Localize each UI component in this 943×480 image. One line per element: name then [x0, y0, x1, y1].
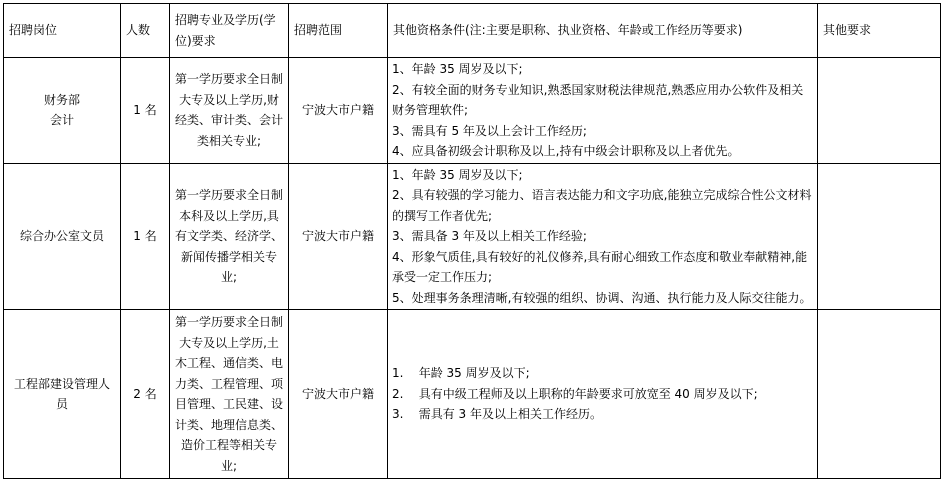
cell-scope: 宁波大市户籍 — [289, 58, 388, 164]
cell-major-education: 第一学历要求全日制大专及以上学历,财经类、审计类、会计类相关专业; — [170, 58, 289, 164]
cell-other-qualifications: 1、年龄 35 周岁及以下; 2、有较全面的财务专业知识,熟悉国家财税法律规范,… — [388, 58, 818, 164]
table-row-finance-accountant: 财务部 会计 1 名 第一学历要求全日制大专及以上学历,财经类、审计类、会计类相… — [4, 58, 941, 164]
condition-item: 2、有较全面的财务专业知识,熟悉国家财税法律规范,熟悉应用办公软件及相关财务管理… — [392, 80, 814, 121]
cell-other-requirements — [818, 58, 941, 164]
cell-position: 综合办公室文员 — [4, 163, 121, 310]
col-header-other-requirements: 其他要求 — [818, 4, 941, 58]
table-row-construction-management: 工程部建设管理人员 2 名 第一学历要求全日制大专及以上学历,土木工程、通信类、… — [4, 310, 941, 479]
condition-item: 4、应具备初级会计职称及以上,持有中级会计职称及以上者优先。 — [392, 141, 814, 162]
condition-item: 5、处理事务条理清晰,有较强的组织、协调、沟通、执行能力及人际交往能力。 — [392, 288, 814, 309]
col-header-scope: 招聘范围 — [289, 4, 388, 58]
cell-headcount: 1 名 — [121, 163, 170, 310]
cell-headcount: 1 名 — [121, 58, 170, 164]
condition-item: 3. 需具有 3 年及以上相关工作经历。 — [392, 404, 814, 425]
position-line: 会计 — [9, 110, 115, 131]
condition-item: 1、年龄 35 周岁及以下; — [392, 59, 814, 80]
cell-scope: 宁波大市户籍 — [289, 163, 388, 310]
condition-item: 1. 年龄 35 周岁及以下; — [392, 363, 814, 384]
condition-item: 3、需具有 5 年及以上会计工作经历; — [392, 121, 814, 142]
condition-item: 4、形象气质佳,具有较好的礼仪修养,具有耐心细致工作态度和敬业奉献精神,能承受一… — [392, 247, 814, 288]
cell-scope: 宁波大市户籍 — [289, 310, 388, 479]
position-line: 综合办公室文员 — [9, 226, 115, 247]
cell-other-qualifications: 1. 年龄 35 周岁及以下; 2. 具有中级工程师及以上职称的年龄要求可放宽至… — [388, 310, 818, 479]
table-header-row: 招聘岗位 人数 招聘专业及学历(学位)要求 招聘范围 其他资格条件(注:主要是职… — [4, 4, 941, 58]
table-row-office-clerk: 综合办公室文员 1 名 第一学历要求全日制本科及以上学历,具有文学类、经济学、新… — [4, 163, 941, 310]
cell-other-requirements — [818, 310, 941, 479]
cell-other-requirements — [818, 163, 941, 310]
document-page: 招聘岗位 人数 招聘专业及学历(学位)要求 招聘范围 其他资格条件(注:主要是职… — [3, 3, 940, 477]
position-line: 工程部建设管理人员 — [9, 374, 115, 415]
cell-headcount: 2 名 — [121, 310, 170, 479]
condition-item: 3、需具备 3 年及以上相关工作经验; — [392, 226, 814, 247]
cell-position: 工程部建设管理人员 — [4, 310, 121, 479]
position-line: 财务部 — [9, 90, 115, 111]
condition-item: 2. 具有中级工程师及以上职称的年龄要求可放宽至 40 周岁及以下; — [392, 384, 814, 405]
col-header-major-education: 招聘专业及学历(学位)要求 — [170, 4, 289, 58]
cell-major-education: 第一学历要求全日制大专及以上学历,土木工程、通信类、电力类、工程管理、项目管理、… — [170, 310, 289, 479]
recruitment-positions-table: 招聘岗位 人数 招聘专业及学历(学位)要求 招聘范围 其他资格条件(注:主要是职… — [3, 3, 941, 479]
col-header-other-qualifications: 其他资格条件(注:主要是职称、执业资格、年龄或工作经历等要求) — [388, 4, 818, 58]
cell-position: 财务部 会计 — [4, 58, 121, 164]
cell-other-qualifications: 1、年龄 35 周岁及以下; 2、具有较强的学习能力、语言表达能力和文字功底,能… — [388, 163, 818, 310]
cell-major-education: 第一学历要求全日制本科及以上学历,具有文学类、经济学、新闻传播学相关专业; — [170, 163, 289, 310]
col-header-headcount: 人数 — [121, 4, 170, 58]
col-header-position: 招聘岗位 — [4, 4, 121, 58]
condition-item: 1、年龄 35 周岁及以下; — [392, 165, 814, 186]
condition-item: 2、具有较强的学习能力、语言表达能力和文字功底,能独立完成综合性公文材料的撰写工… — [392, 185, 814, 226]
